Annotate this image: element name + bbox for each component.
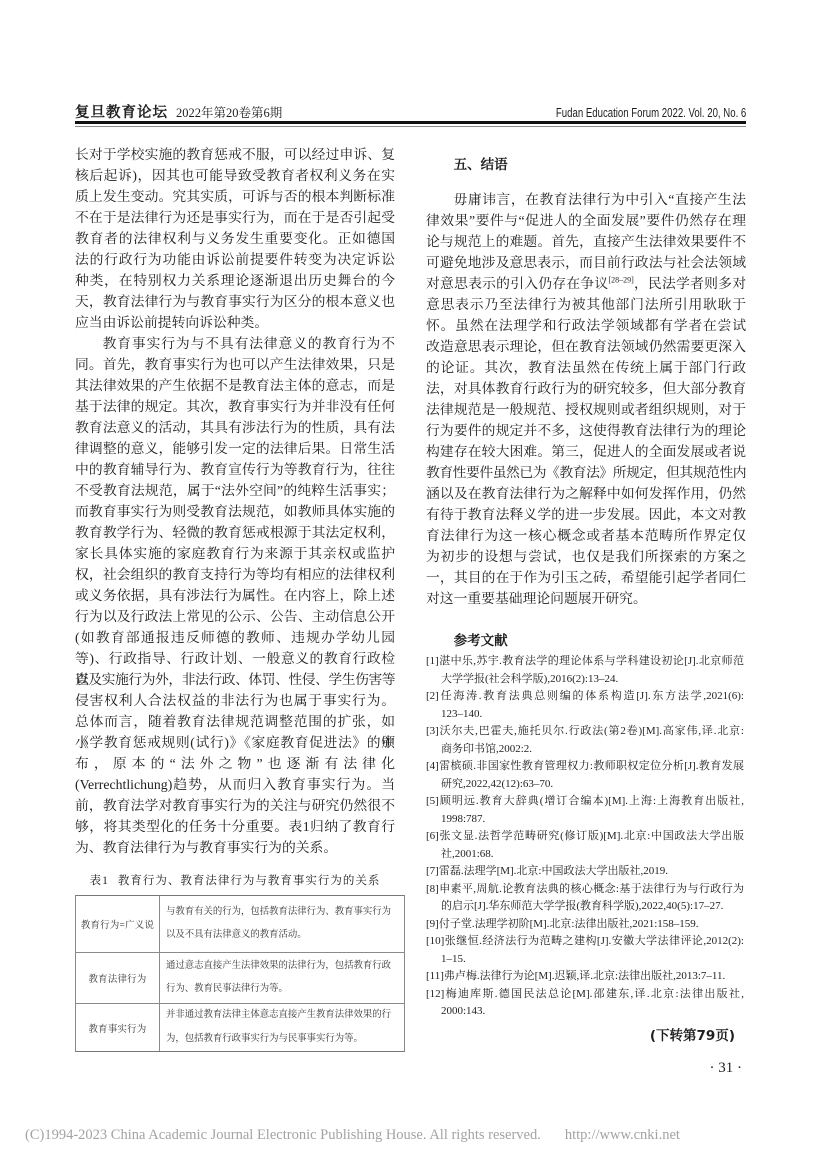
reference-line: 研究,2022,42(12):63–70. <box>426 776 744 794</box>
text-line: 教育教学行为、轻微的教育惩戒根源于其法定权利， <box>75 522 395 543</box>
reference-line: 大学学报(社会科学版),2016(2):13–24. <box>426 671 744 689</box>
reference-item: [6]张文显.法哲学范畴研究(修订版)[M].北京:中国政法大学出版 社,200… <box>426 828 744 863</box>
reference-item: [11]弗卢梅.法律行为论[M].迟颖,译.北京:法律出版社,2013:7–11… <box>426 968 744 986</box>
table-caption-label: 表1 <box>90 875 109 887</box>
text-line: 的论证。其次，教育法虽然在传统上属于部门行政 <box>426 357 746 378</box>
reference-item: [9]付子堂.法理学初阶[M].北京:法律出版社,2021:158–159. <box>426 916 744 934</box>
text-line: 核后起诉)，因其也可能导致受教育者权利义务在实 <box>75 165 395 186</box>
text-segment: 对意思表示的引入仍存在争议 <box>426 276 608 291</box>
text-line: 天，教育法律行为与教育事实行为区分的根本意义也 <box>75 291 395 312</box>
table-definition-cell: 通过意志直接产生法律效果的法律行为，包括教育行政 行为、教育民事法律行为等。 <box>159 953 404 1003</box>
text-line: 教育事实行为与不具有法律意义的教育行为不 <box>75 333 395 354</box>
text-line: 法，对具体教育行政行为的研究较多，但大部分教育 <box>426 378 746 399</box>
definition-line: 以及不具有法律意义的教育活动。 <box>166 924 404 948</box>
text-line: 有待于教育法释义学的进一步发展。因此，本文对教 <box>426 504 746 525</box>
text-line: 教育性要件虽然已为《教育法》所规定，但其规范性内 <box>426 462 746 483</box>
table-definition-cell: 与教育有关的行为，包括教育法律行为、教育事实行为 以及不具有法律意义的教育活动。 <box>159 896 404 952</box>
table-caption-title: 教育行为、教育法律行为与教育事实行为的关系 <box>118 875 381 887</box>
reference-line: [3]沃尔夫,巴霍夫,施托贝尔.行政法(第2卷)[M].高家伟,译.北京: <box>426 723 744 741</box>
reference-line: 的启示[J].华东师范大学学报(教育科学版),2022,40(5):17–27. <box>426 898 744 916</box>
text-line: 长对于学校实施的教育惩戒不服，可以经过申诉、复 <box>75 144 395 165</box>
text-line: 改造意思表示理论，但在教育法领域仍然需要更深入 <box>426 336 746 357</box>
table-term-cell: 教育行为=广义说 <box>76 896 159 952</box>
reference-line: [10]张继恒.经济法行为范畴之建构[J].安徽大学法律评论,2012(2): <box>426 933 744 951</box>
footer-url[interactable]: http://www.cnki.net <box>565 1127 680 1143</box>
text-line: 为、教育法律行为与教育事实行为的关系。 <box>75 837 395 858</box>
text-line: 其法律效果的产生依据不是教育法主体的意志，而是 <box>75 375 395 396</box>
text-line: 够，将其类型化的任务十分重要。表1归纳了教育行 <box>75 816 395 837</box>
running-header: 复旦教育论坛2022年第20卷第6期 Fudan Education Forum… <box>75 104 746 122</box>
text-line: 前，教育法学对教育事实行为的关注与研究仍然很不 <box>75 795 395 816</box>
section-heading: 五、结语 <box>454 155 508 176</box>
reference-line: [4]雷槟硕.非国家性教育管理权力:教师职权定位分析[J].教育发展 <box>426 758 744 776</box>
reference-item: [7]雷磊.法理学[M].北京:中国政法大学出版社,2019. <box>426 863 744 881</box>
copyright-text: (C)1994-2023 China Academic Journal Elec… <box>25 1127 541 1143</box>
reference-line: 商务印书馆,2002:2. <box>426 741 744 759</box>
table-term-cell: 教育事实行为 <box>76 1004 159 1051</box>
text-line: 律调整的意义，能够引发一定的法律后果。日常生活 <box>75 438 395 459</box>
references-list: [1]湛中乐,苏宇.教育法学的理论体系与学科建设初论[J].北京师范 大学学报(… <box>426 653 744 1021</box>
reference-line: [8]申素平,周航.论教育法典的核心概念:基于法律行为与行政行为 <box>426 881 744 899</box>
header-rule-thick <box>75 121 746 124</box>
text-line: 涵以及在教育法律行为之解释中如何发挥作用，仍然 <box>426 483 746 504</box>
paragraph: 毋庸讳言，在教育法律行为中引入“直接产生法 律效果”要件与“促进人的全面发展”要… <box>426 189 746 609</box>
reference-item: [8]申素平,周航.论教育法典的核心概念:基于法律行为与行政行为 的启示[J].… <box>426 881 744 916</box>
text-line: 行为要件的规定并不多，这使得教育法律行为的理论 <box>426 420 746 441</box>
text-line: 不受教育法规范，属于“法外空间”的纯粹生活事实； <box>75 480 395 501</box>
definition-line: 为，包括教育行政事实行为与民事事实行为等。 <box>166 1028 404 1052</box>
page-number: · 31 · <box>710 1058 743 1078</box>
reference-item: [3]沃尔夫,巴霍夫,施托贝尔.行政法(第2卷)[M].高家伟,译.北京: 商务… <box>426 723 744 758</box>
continued-on-page-note: (下转第79页) <box>650 1026 735 1046</box>
reference-line: [5]顾明远.教育大辞典(增订合编本)[M].上海:上海教育出版社, <box>426 793 744 811</box>
reference-line: 1998:787. <box>426 811 744 829</box>
text-line: 小学教育惩戒规则(试行)》《家庭教育促进法》的颁 <box>75 732 395 753</box>
relations-table: 教育行为=广义说 与教育有关的行为，包括教育法律行为、教育事实行为 以及不具有法… <box>75 895 405 1052</box>
text-line: 构建存在较大困难。第三，促进人的全面发展或者说 <box>426 441 746 462</box>
text-line: (Verrechtlichung)趋势，从而归入教育事实行为。当 <box>75 774 395 795</box>
reference-item: [12]梅迪库斯.德国民法总论[M].邵建东,译.北京:法律出版社, 2000:… <box>426 986 744 1021</box>
text-line: 等)、行政指导、行政计划、一般意义的教育行政检查 <box>75 648 395 669</box>
journal-name-english: Fudan Education Forum 2022. Vol. 20, No.… <box>556 104 746 122</box>
reference-line: [6]张文显.法哲学范畴研究(修订版)[M].北京:中国政法大学出版 <box>426 828 744 846</box>
text-segment: ，民法学者则多对 <box>634 276 746 291</box>
reference-line: 社,2001:68. <box>426 846 744 864</box>
text-line: 中的教育辅导行为、教育宣传行为等教育行为，往往 <box>75 459 395 480</box>
text-line: 法律规范是一般规范、授权规则或者组织规则，对于 <box>426 399 746 420</box>
text-line: 为初步的设想与尝试，也仅是我们所探索的方案之 <box>426 546 746 567</box>
citation-superscript[interactable]: [28–29] <box>608 275 633 284</box>
text-line: 教育法意义的活动，其具有涉法行为的性质，具有法 <box>75 417 395 438</box>
reference-line: 2000:143. <box>426 1003 744 1021</box>
text-line: 对意思表示的引入仍存在争议[28–29]，民法学者则多对 <box>426 273 746 294</box>
text-line: 侵害权利人合法权益的非法行为也属于事实行为。 <box>75 690 395 711</box>
table-row: 教育事实行为 并非通过教育法律主体意志直接产生教育法律效果的行 为，包括教育行政… <box>76 1003 404 1051</box>
text-line: 应当由诉讼前提转向诉讼种类。 <box>75 312 395 333</box>
reference-item: [1]湛中乐,苏宇.教育法学的理论体系与学科建设初论[J].北京师范 大学学报(… <box>426 653 744 688</box>
reference-line: 123–140. <box>426 706 744 724</box>
text-line: 家长具体实施的家庭教育行为来源于其亲权或监护 <box>75 543 395 564</box>
text-line: 毋庸讳言，在教育法律行为中引入“直接产生法 <box>426 189 746 210</box>
text-line: 对这一重要基础理论问题展开研究。 <box>426 588 746 609</box>
text-line: 论与规范上的难题。首先，直接产生法律效果要件不 <box>426 231 746 252</box>
text-line: 可避免地涉及意思表示，而目前行政法与社会法领域 <box>426 252 746 273</box>
reference-line: [11]弗卢梅.法律行为论[M].迟颖,译.北京:法律出版社,2013:7–11… <box>426 968 744 986</box>
text-line: 行为以及行政法上常见的公示、公告、主动信息公开 <box>75 606 395 627</box>
paragraph: 长对于学校实施的教育惩戒不服，可以经过申诉、复 核后起诉)，因其也可能导致受教育… <box>75 144 395 333</box>
text-line: 权，社会组织的教育支持行为等均有相应的法律权利 <box>75 564 395 585</box>
reference-item: [2]任海涛.教育法典总则编的体系构造[J].东方法学,2021(6): 123… <box>426 688 744 723</box>
text-line: 一，其目的在于作为引玉之砖，希望能引起学者同仁 <box>426 567 746 588</box>
right-column: 毋庸讳言，在教育法律行为中引入“直接产生法 律效果”要件与“促进人的全面发展”要… <box>426 189 746 609</box>
reference-line: [12]梅迪库斯.德国民法总论[M].邵建东,译.北京:法律出版社, <box>426 986 744 1004</box>
text-line: 或义务依据，具有涉法行为属性。在内容上，除上述 <box>75 585 395 606</box>
text-line: 教育者的法律权利与义务发生重要变化。正如德国 <box>75 228 395 249</box>
reference-item: [10]张继恒.经济法行为范畴之建构[J].安徽大学法律评论,2012(2): … <box>426 933 744 968</box>
definition-line: 行为、教育民事法律行为等。 <box>166 978 404 1002</box>
text-line: 总体而言，随着教育法律规范调整范围的扩张，如《中 <box>75 711 395 732</box>
reference-line: [9]付子堂.法理学初阶[M].北京:法律出版社,2021:158–159. <box>426 916 744 934</box>
references-heading: 参考文献 <box>454 631 508 652</box>
text-line: 而教育事实行为则受教育法规范，如教师具体实施的 <box>75 501 395 522</box>
text-line: 布，原本的“法外之物”也逐渐有法律化 <box>75 753 395 774</box>
copyright-footer: (C)1994-2023 China Academic Journal Elec… <box>25 1125 680 1145</box>
text-line: 同。首先，教育事实行为也可以产生法律效果，只是 <box>75 354 395 375</box>
text-line: (如教育部通报违反师德的教师、违规办学幼儿园 <box>75 627 395 648</box>
text-line: 怀。虽然在法理学和行政法学领域都有学者在尝试 <box>426 315 746 336</box>
text-line: 育法律行为这一核心概念或者基本范畴所作界定仅 <box>426 525 746 546</box>
issue-info: 2022年第20卷第6期 <box>176 106 282 120</box>
reference-item: [5]顾明远.教育大辞典(增订合编本)[M].上海:上海教育出版社, 1998:… <box>426 793 744 828</box>
paragraph: 教育事实行为与不具有法律意义的教育行为不 同。首先，教育事实行为也可以产生法律效… <box>75 333 395 858</box>
text-line: 意思表示乃至法律行为被其他部门法所引用耿耿于 <box>426 294 746 315</box>
text-line: 质上发生变动。究其实质，可诉与否的根本判断标准 <box>75 186 395 207</box>
text-line: 种类，在特别权力关系理论逐渐退出历史舞台的今 <box>75 270 395 291</box>
table-definition-cell: 并非通过教育法律主体意志直接产生教育法律效果的行 为，包括教育行政事实行为与民事… <box>159 1004 404 1051</box>
reference-line: 1–15. <box>426 951 744 969</box>
text-line: 不在于是法律行为还是事实行为，而在于是否引起受 <box>75 207 395 228</box>
text-line: 律效果”要件与“促进人的全面发展”要件仍然存在理 <box>426 210 746 231</box>
header-left: 复旦教育论坛2022年第20卷第6期 <box>75 104 282 122</box>
table-row: 教育行为=广义说 与教育有关的行为，包括教育法律行为、教育事实行为 以及不具有法… <box>76 896 404 952</box>
left-column: 长对于学校实施的教育惩戒不服，可以经过申诉、复 核后起诉)，因其也可能导致受教育… <box>75 144 395 858</box>
reference-line: [2]任海涛.教育法典总则编的体系构造[J].东方法学,2021(6): <box>426 688 744 706</box>
header-rule-thin <box>75 126 746 127</box>
text-line: 基于法律的规定。其次，教育事实行为并非没有任何 <box>75 396 395 417</box>
reference-item: [4]雷槟硕.非国家性教育管理权力:教师职权定位分析[J].教育发展 研究,20… <box>426 758 744 793</box>
text-line: 法的行政行为功能由诉讼前提要件转变为决定诉讼 <box>75 249 395 270</box>
reference-line: [7]雷磊.法理学[M].北京:中国政法大学出版社,2019. <box>426 863 744 881</box>
definition-line: 并非通过教育法律主体意志直接产生教育法律效果的行 <box>166 1004 404 1028</box>
text-line: 以及实施行为外，非法行政、体罚、性侵、学生伤害等 <box>75 669 395 690</box>
reference-line: [1]湛中乐,苏宇.教育法学的理论体系与学科建设初论[J].北京师范 <box>426 653 744 671</box>
table-row: 教育法律行为 通过意志直接产生法律效果的法律行为，包括教育行政 行为、教育民事法… <box>76 952 404 1003</box>
journal-logo: 复旦教育论坛 <box>75 105 168 121</box>
definition-line: 通过意志直接产生法律效果的法律行为，包括教育行政 <box>166 955 404 979</box>
table-caption: 表1教育行为、教育法律行为与教育事实行为的关系 <box>75 873 395 889</box>
table-term-cell: 教育法律行为 <box>76 953 159 1003</box>
definition-line: 与教育有关的行为，包括教育法律行为、教育事实行为 <box>166 901 404 925</box>
